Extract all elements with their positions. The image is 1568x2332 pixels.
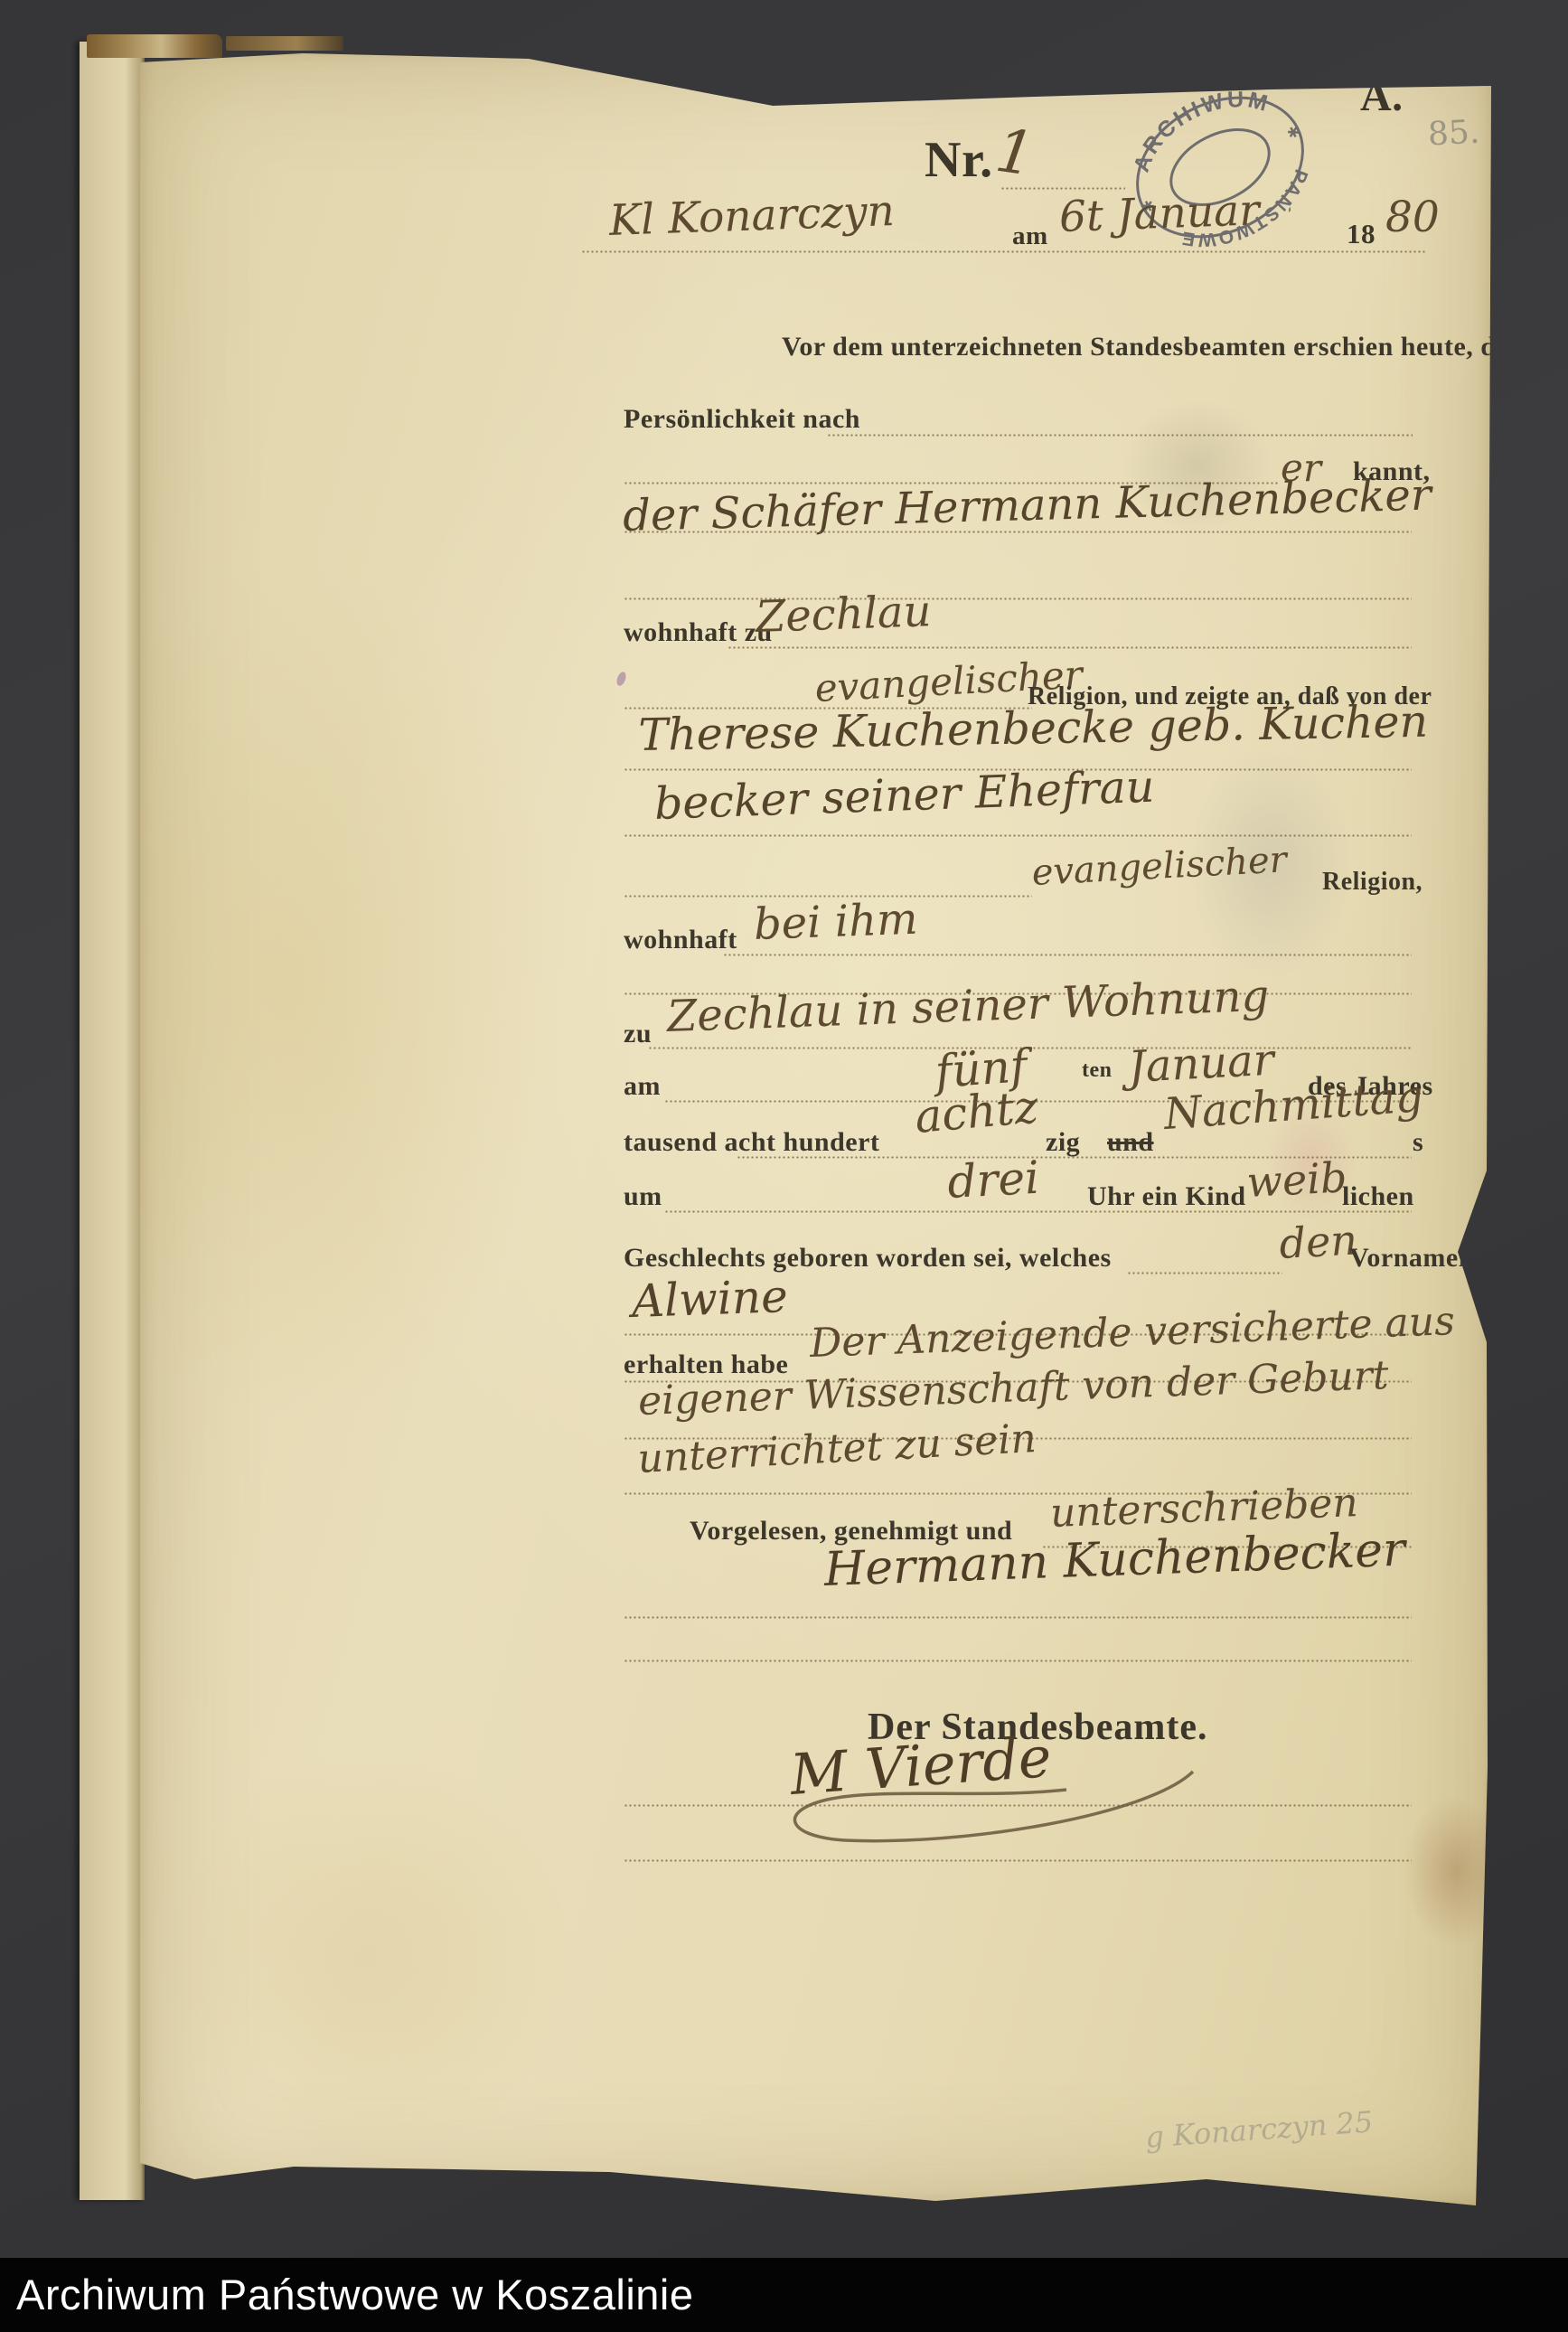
record-number-label: Nr. xyxy=(925,131,993,189)
sex-entry: weib xyxy=(1245,1152,1347,1207)
decade-entry: achtz xyxy=(913,1080,1040,1143)
dotted-rule xyxy=(624,1859,1412,1862)
und-label-struck: und xyxy=(1107,1127,1154,1158)
stamp-star-icon: ✱ xyxy=(1285,124,1303,143)
place-entry: Kl Konarczyn xyxy=(608,186,896,246)
den-entry: den xyxy=(1278,1216,1358,1268)
corner-letter: A. xyxy=(1360,71,1404,121)
page-number: 85. xyxy=(1427,114,1480,154)
signature-flourish xyxy=(768,1763,1220,1862)
tausend-label: tausend acht hundert xyxy=(624,1127,879,1158)
dotted-rule xyxy=(624,1804,1412,1807)
ten-label: ten xyxy=(1082,1058,1113,1083)
religion2-entry: evangelischer xyxy=(1031,839,1288,894)
vornamen-label: Vornamen xyxy=(1349,1243,1474,1274)
birthplace-entry: Zechlau in seiner Wohnung xyxy=(666,971,1270,1042)
am2-label: am xyxy=(624,1071,661,1102)
um-label: um xyxy=(624,1181,662,1212)
dotted-rule xyxy=(664,1210,1412,1213)
religion2-label: Religion, xyxy=(1322,868,1422,897)
dotted-rule xyxy=(728,646,1412,649)
pencil-note: g Konarczyn 25 xyxy=(1144,2104,1374,2155)
wohnhaft-entry: bei ihm xyxy=(753,894,918,950)
date-entry: 6t Januar xyxy=(1058,185,1260,242)
intro-line: Vor dem unterzeichneten Standesbeamten e… xyxy=(782,332,1521,362)
year-printed: 18 xyxy=(1347,218,1376,250)
statement-line3: unterrichtet zu sein xyxy=(636,1415,1038,1482)
dotted-rule xyxy=(648,1047,1412,1049)
persoenlichkeit-label: Persönlichkeit nach xyxy=(624,404,860,435)
dotted-rule xyxy=(624,1660,1412,1662)
page-edge-stack xyxy=(87,34,222,58)
mother-entry-line2: becker seiner Ehefrau xyxy=(653,761,1155,830)
paper-stain xyxy=(158,1749,574,2165)
dotted-rule xyxy=(827,434,1413,437)
archive-scan-backdrop: A. 85. ARCHIWUM PAŃSTWOWE ✱ ✱ Nr. 1 xyxy=(0,0,1568,2332)
wohnhaft-zu-label: wohnhaft zu xyxy=(624,617,773,648)
dotted-rule xyxy=(1127,1272,1282,1274)
child-name-entry: Alwine xyxy=(631,1270,789,1328)
dotted-rule xyxy=(624,834,1412,837)
paper-stain xyxy=(104,556,574,1424)
zig-label: zig xyxy=(1046,1127,1080,1158)
archive-footer-label: Archiwum Państwowe w Koszalinie xyxy=(16,2258,1568,2332)
zu-label: zu xyxy=(624,1019,652,1049)
lichen-label: lichen xyxy=(1342,1181,1414,1212)
paper-stain xyxy=(1396,1785,1514,1957)
year-entry: 80 xyxy=(1385,193,1440,242)
geschlechts-label: Geschlechts geboren worden sei, welches xyxy=(624,1243,1112,1274)
archive-footer-bar: Archiwum Państwowe w Koszalinie xyxy=(0,2258,1568,2332)
birth-hour-entry: drei xyxy=(946,1152,1040,1208)
torn-tape-fragment xyxy=(226,36,343,51)
document-page: A. 85. ARCHIWUM PAŃSTWOWE ✱ ✱ Nr. 1 xyxy=(140,50,1491,2205)
uhr-ein-kind-label: Uhr ein Kind xyxy=(1087,1181,1246,1212)
wohnhaft-zu-entry: Zechlau xyxy=(755,586,932,643)
am-label: am xyxy=(1012,221,1048,251)
book-spine xyxy=(80,42,145,2200)
dotted-rule xyxy=(581,250,1426,253)
record-number-entry: 1 xyxy=(991,116,1038,190)
ink-blot xyxy=(615,671,628,687)
mother-entry-line1: Therese Kuchenbecke geb. Kuchen xyxy=(638,696,1429,761)
dotted-rule xyxy=(624,1616,1412,1619)
dotted-rule xyxy=(723,954,1412,956)
dotted-rule xyxy=(1000,187,1125,190)
s-label: s xyxy=(1413,1127,1423,1158)
dotted-rule xyxy=(624,531,1412,533)
dotted-rule xyxy=(624,597,1412,600)
wohnhaft-label: wohnhaft xyxy=(624,925,737,955)
